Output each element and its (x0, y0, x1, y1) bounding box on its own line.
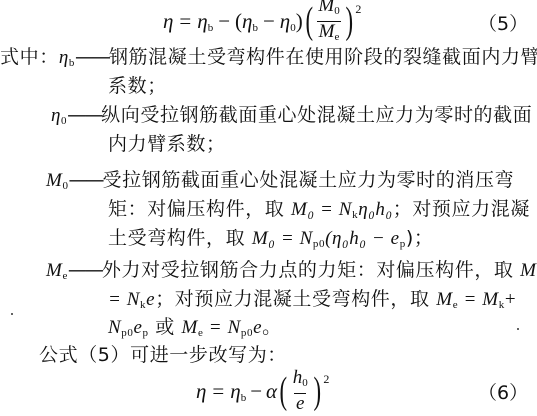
Me-end: 。 (262, 316, 282, 338)
eq6-minus: − (250, 379, 262, 404)
definition-eta-0-line1: η0——纵向受拉钢筋截面重心处混凝土应力为零时的截面 (51, 103, 532, 133)
equation-6-number: （6） (478, 378, 528, 405)
definition-eta-b-line2: 系数； (108, 74, 167, 98)
equation-5: η = ηb − ( ηb − η0 ) ( M0 Me ) 2 (163, 0, 361, 44)
eq5-equals: = (179, 9, 191, 34)
eta-b-symbol: ηb (59, 47, 75, 68)
eq5-paren-minus: − (263, 9, 275, 34)
Me-eq-2: = Nke (108, 289, 155, 310)
Me-or: 或 (149, 316, 182, 338)
definition-Me-line1: Me——外力对受拉钢筋合力点的力矩：对偏压构件，取 Me (46, 258, 537, 288)
eq6-big-paren-open: ( (280, 371, 288, 411)
M0-text-1: 受拉钢筋截面重心处混凝土应力为零时的消压弯 (103, 169, 515, 191)
definition-Me-line2: = Nke；对预应力混凝土受弯构件，取 Me = Mk+ (108, 287, 516, 317)
M0-symbol: M0 (46, 170, 69, 191)
Me-eq-3: Me = Mk (436, 289, 505, 310)
eq6-equals: = (212, 379, 224, 404)
Me-text-2: ；对预应力混凝土受弯构件，取 (155, 288, 436, 310)
eq6-lhs: η (196, 379, 206, 404)
eq5-paren-close: ) (296, 9, 303, 34)
eta-0-symbol: η0 (51, 105, 67, 126)
M0-eq-2: M₀ = Np0(η₀h₀ − ep (252, 228, 406, 249)
M0-text-2b: ；对预应力混凝 (393, 198, 530, 220)
eta-0-text-1: 纵向受拉钢筋截面重心处混凝土应力为零时的截面 (101, 104, 532, 126)
definition-M0-line3: 土受弯构件，取 M₀ = Np0(η₀h₀ − ep)； (108, 226, 433, 256)
eq6-denominator: e (294, 393, 306, 414)
rewrite-text: 公式（5）可进一步改写为： (39, 343, 287, 367)
M0-eq-1: M₀ = Nkη₀h₀ (291, 199, 393, 220)
eq6-alpha: α (266, 379, 277, 404)
equation-6: η = ηb − α ( h0 e ) 2 (196, 368, 329, 414)
equation-5-number: （5） (478, 9, 528, 36)
M0-text-3a: 土受弯构件，取 (108, 227, 252, 249)
Me-plus: + (505, 289, 516, 310)
Me-symbol: Me (46, 260, 68, 281)
eq6-big-paren-close: ) (313, 371, 321, 411)
definition-M0-line1: M0——受拉钢筋截面重心处混凝土应力为零时的消压弯 (46, 168, 514, 198)
eq6-fraction: h0 e (291, 368, 310, 414)
definition-Me-line3: Np0ep 或 Me = Np0e。 (108, 315, 282, 345)
eq5-exponent: 2 (355, 2, 361, 17)
scan-speck (517, 328, 519, 330)
M0-text-3b: )； (406, 227, 434, 249)
eq5-numerator: M0 (316, 0, 341, 21)
eq5-fraction: M0 Me (316, 0, 341, 47)
eta-0-text-2: 内力臂系数； (108, 133, 226, 155)
eq5-minus: − (218, 9, 230, 34)
Me-eq-5: Me = Np0e (182, 317, 263, 338)
eq5-paren-eta-0: η0 (280, 9, 296, 34)
eq6-eta-b: ηb (230, 379, 246, 404)
scan-speck (11, 313, 13, 315)
eq5-denominator: Me (317, 21, 342, 47)
Me-eq-4: Np0ep (108, 317, 149, 338)
M0-text-2a: 矩：对偏压构件，取 (108, 198, 291, 220)
definition-dash: —— (75, 46, 109, 68)
eq6-exponent: 2 (323, 372, 329, 387)
eq5-paren-eta-b: ηb (242, 9, 258, 34)
eq5-paren-open: ( (235, 9, 242, 34)
eq5-big-paren-close: ) (345, 1, 353, 41)
eq5-eta-b: ηb (197, 9, 213, 34)
eq5-big-paren-open: ( (305, 1, 313, 41)
eta-b-text-2: 系数； (108, 75, 167, 97)
eq6-numerator: h0 (291, 368, 310, 393)
definition-dash: —— (69, 169, 103, 191)
Me-text-1: 外力对受拉钢筋合力点的力矩：对偏压构件，取 (102, 259, 520, 281)
Me-eq-1: Me (520, 260, 537, 281)
definition-eta-0-line2: 内力臂系数； (108, 132, 226, 156)
definitions-intro: 式中： (0, 46, 59, 68)
eq5-lhs: η (163, 9, 173, 34)
definition-eta-b-line1: 式中：ηb——钢筋混凝土受弯构件在使用阶段的裂缝截面内力臂 (0, 45, 537, 75)
eta-b-text-1: 钢筋混凝土受弯构件在使用阶段的裂缝截面内力臂 (109, 46, 537, 68)
definition-dash: —— (68, 259, 102, 281)
definition-dash: —— (67, 104, 101, 126)
definition-M0-line2: 矩：对偏压构件，取 M₀ = Nkη₀h₀；对预应力混凝 (108, 197, 530, 227)
